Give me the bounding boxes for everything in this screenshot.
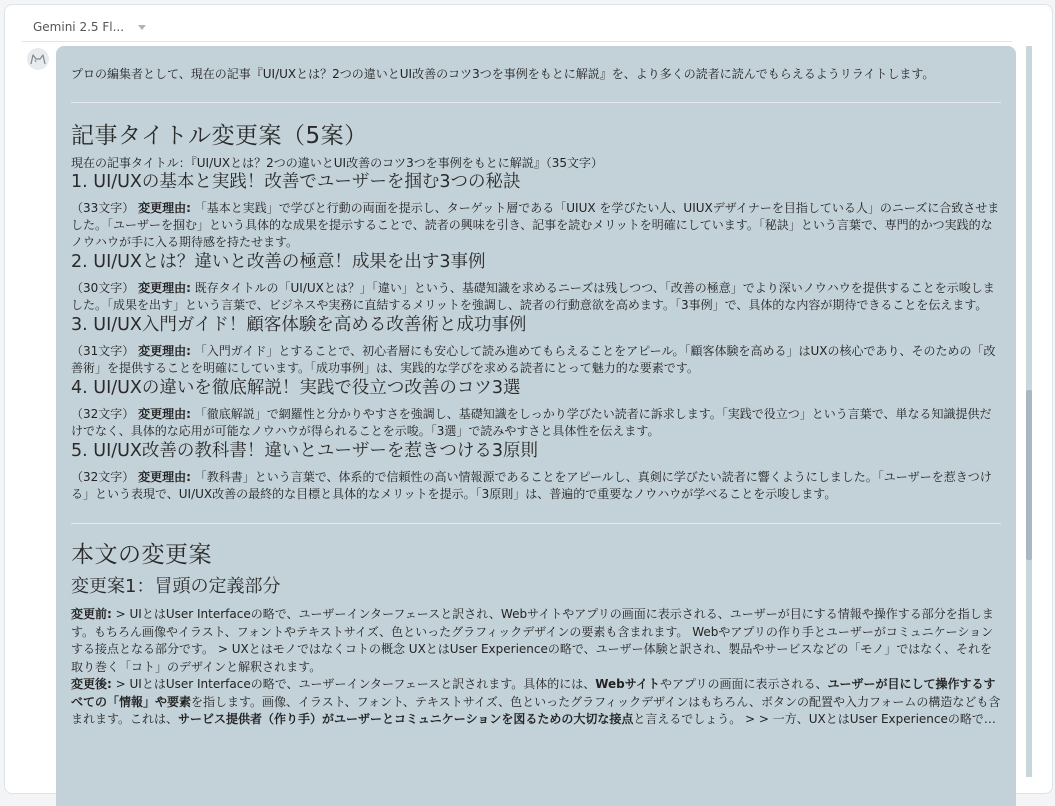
model-selector-label: Gemini 2.5 Fl... [33,20,124,34]
after-text: 変更後: > UIとはUser Interfaceの略で、ユーザーインターフェー… [71,676,1001,729]
title-proposal-reason: （30文字） 変更理由: 既存タイトルの「UI/UXとは？」「違い」という、基礎… [71,280,1001,314]
title-proposal-2: 2. UI/UXとは？違いと改善の極意！成果を出す3事例 [71,251,1001,273]
model-selector[interactable]: Gemini 2.5 Fl... [33,20,146,34]
divider [71,102,1001,103]
title-proposal-reason: （31文字） 変更理由: 「入門ガイド」とすることで、初心者層にも安心して読み進… [71,343,1001,377]
title-proposals-heading: 記事タイトル変更案（5案） [71,121,1001,151]
body-proposals-heading: 本文の変更案 [71,540,1001,570]
before-text: 変更前: > UIとはUser Interfaceの略で、ユーザーインターフェー… [71,606,1001,676]
scrollbar-thumb[interactable] [1026,390,1032,560]
current-title: 現在の記事タイトル：『UI/UXとは？2つの違いとUI改善のコツ3つを事例をもと… [71,155,1001,171]
title-proposal-5: 5. UI/UX改善の教科書！違いとユーザーを惹きつける3原則 [71,440,1001,462]
chat-header: Gemini 2.5 Fl... [22,5,1012,42]
after-text-body: > UIとはUser Interfaceの略で、ユーザーインターフェースと訳され… [71,677,1000,726]
message-content: プロの編集者として、現在の記事『UI/UXとは？2つの違いとUI改善のコツ3つを… [71,46,1001,729]
cat-avatar-icon [27,48,49,70]
assistant-message: プロの編集者として、現在の記事『UI/UXとは？2つの違いとUI改善のコツ3つを… [56,46,1016,777]
title-proposal-reason: （32文字） 変更理由: 「教科書」という言葉で、体系的で信頼性の高い情報源であ… [71,469,1001,503]
scrollbar[interactable] [1026,46,1032,777]
body-proposal-1-heading: 変更案1：冒頭の定義部分 [71,574,1001,600]
title-proposal-3: 3. UI/UX入門ガイド！顧客体験を高める改善術と成功事例 [71,314,1001,336]
title-proposal-reason: （32文字） 変更理由: 「徹底解説」で網羅性と分かりやすさを強調し、基礎知識を… [71,406,1001,440]
title-proposal-reason: （33文字） 変更理由: 「基本と実践」で学びと行動の両面を提示し、ターゲット層… [71,200,1001,251]
chevron-down-icon [138,25,146,30]
intro-text: プロの編集者として、現在の記事『UI/UXとは？2つの違いとUI改善のコツ3つを… [71,65,1001,83]
title-proposal-1: 1. UI/UXの基本と実践！改善でユーザーを掴む3つの秘訣 [71,171,1001,193]
divider [71,523,1001,524]
title-proposal-4: 4. UI/UXの違いを徹底解説！実践で役立つ改善のコツ3選 [71,377,1001,399]
